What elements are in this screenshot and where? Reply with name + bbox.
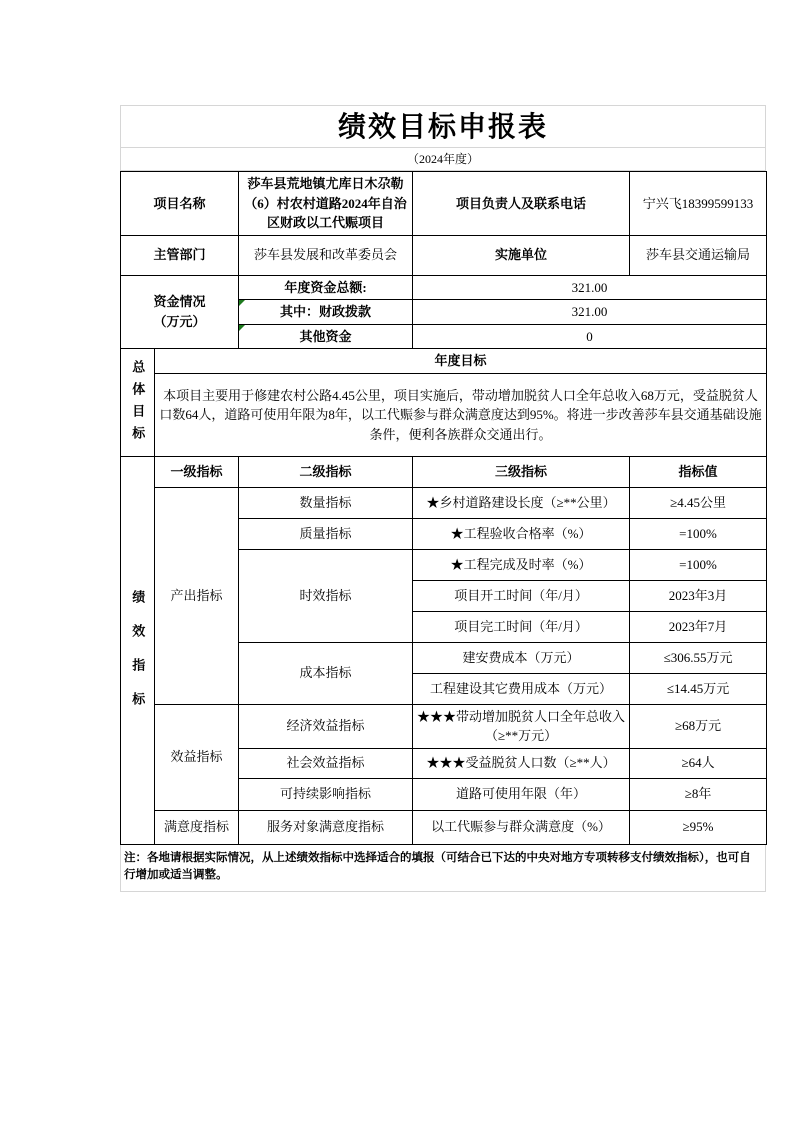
sub-cost-cell: 成本指标 [239, 642, 413, 704]
sub-social-cell: 社会效益指标 [239, 748, 413, 778]
indicator-value-cell: =100% [630, 549, 767, 580]
level2-header-cell: 二级指标 [239, 456, 413, 487]
table-row: 资金情况 （万元） 年度资金总额: 321.00 [121, 275, 767, 300]
dept-label-cell: 主管部门 [121, 235, 239, 275]
sub-quality-cell: 质量指标 [239, 518, 413, 549]
indicator-value-cell: =100% [630, 518, 767, 549]
group-output-cell: 产出指标 [155, 487, 239, 704]
indicator-value-cell: ≤14.45万元 [630, 673, 767, 704]
indicator-name-cell: 以工代赈参与群众满意度（%） [413, 810, 630, 844]
sub-sustain-cell: 可持续影响指标 [239, 778, 413, 810]
performance-side-label: 绩效指标 [128, 569, 148, 726]
indicator-value-cell: ≥4.45公里 [630, 487, 767, 518]
indicator-name-cell: 道路可使用年限（年） [413, 778, 630, 810]
page-title: 绩效目标申报表 [121, 106, 765, 149]
impl-label-cell: 实施单位 [413, 235, 630, 275]
sub-quantity-cell: 数量指标 [239, 487, 413, 518]
cell-comment-marker-icon [239, 300, 245, 306]
form-footnote: 注：各地请根据实际情况，从上述绩效指标中选择适合的填报（可结合已下达的中央对地方… [120, 845, 766, 893]
funding-fiscal-label-cell: 其中：财政拨款 [239, 300, 413, 325]
level1-header-cell: 一级指标 [155, 456, 239, 487]
indicator-value-cell: ≥8年 [630, 778, 767, 810]
table-row: 项目名称 莎车县荒地镇尤库日木尕勒（6）村农村道路2024年自治区财政以工代赈项… [121, 172, 767, 236]
contact-label-cell: 项目负责人及联系电话 [413, 172, 630, 236]
project-name-cell: 莎车县荒地镇尤库日木尕勒（6）村农村道路2024年自治区财政以工代赈项目 [239, 172, 413, 236]
impl-value-cell: 莎车县交通运输局 [630, 235, 767, 275]
indicator-name-cell: ★★★带动增加脱贫人口全年总收入（≥**万元） [413, 704, 630, 748]
table-row: 效益指标 经济效益指标 ★★★带动增加脱贫人口全年总收入（≥**万元） ≥68万… [121, 704, 767, 748]
funding-label-cell: 资金情况 （万元） [121, 275, 239, 349]
sub-time-cell: 时效指标 [239, 549, 413, 642]
form-subtitle: （2024年度） [120, 148, 766, 171]
indicator-name-cell: ★工程验收合格率（%） [413, 518, 630, 549]
level3-header-cell: 三级指标 [413, 456, 630, 487]
indicator-value-cell: 2023年3月 [630, 580, 767, 611]
indicator-name-cell: 项目完工时间（年/月） [413, 611, 630, 642]
funding-other-label: 其他资金 [300, 329, 352, 344]
table-row: 绩效指标 一级指标 二级指标 三级指标 指标值 [121, 456, 767, 487]
indicator-name-cell: 建安费成本（万元） [413, 642, 630, 673]
sub-service-cell: 服务对象满意度指标 [239, 810, 413, 844]
funding-fiscal-label: 其中：财政拨款 [280, 304, 371, 319]
form-title-box: 绩效目标申报表 [120, 105, 766, 148]
table-row: 本项目主要用于修建农村公路4.45公里，项目实施后，带动增加脱贫人口全年总收入6… [121, 374, 767, 456]
indicator-name-cell: ★乡村道路建设长度（≥**公里） [413, 487, 630, 518]
indicator-name-cell: 项目开工时间（年/月） [413, 580, 630, 611]
indicator-value-cell: ≥95% [630, 810, 767, 844]
table-row: 主管部门 莎车县发展和改革委员会 实施单位 莎车县交通运输局 [121, 235, 767, 275]
performance-target-table: 项目名称 莎车县荒地镇尤库日木尕勒（6）村农村道路2024年自治区财政以工代赈项… [120, 171, 767, 845]
performance-side-cell: 绩效指标 [121, 456, 155, 844]
overall-goal-side-label: 总体目标 [128, 351, 148, 448]
funding-fiscal-value-cell: 321.00 [413, 300, 767, 325]
overall-goal-side-cell: 总体目标 [121, 349, 155, 457]
group-benefit-cell: 效益指标 [155, 704, 239, 810]
indicator-value-cell: ≤306.55万元 [630, 642, 767, 673]
funding-total-label-cell: 年度资金总额: [239, 275, 413, 300]
funding-total-value-cell: 321.00 [413, 275, 767, 300]
sub-economic-cell: 经济效益指标 [239, 704, 413, 748]
contact-value-cell: 宁兴飞18399599133 [630, 172, 767, 236]
dept-value-cell: 莎车县发展和改革委员会 [239, 235, 413, 275]
table-row: 总体目标 年度目标 [121, 349, 767, 374]
project-name-label-cell: 项目名称 [121, 172, 239, 236]
value-header-cell: 指标值 [630, 456, 767, 487]
annual-goal-text-cell: 本项目主要用于修建农村公路4.45公里，项目实施后，带动增加脱贫人口全年总收入6… [155, 374, 767, 456]
annual-goal-header-cell: 年度目标 [155, 349, 767, 374]
table-row: 产出指标 数量指标 ★乡村道路建设长度（≥**公里） ≥4.45公里 [121, 487, 767, 518]
indicator-name-cell: ★工程完成及时率（%） [413, 549, 630, 580]
indicator-value-cell: ≥64人 [630, 748, 767, 778]
table-row: 满意度指标 服务对象满意度指标 以工代赈参与群众满意度（%） ≥95% [121, 810, 767, 844]
funding-other-value-cell: 0 [413, 324, 767, 349]
form-sheet: 绩效目标申报表 （2024年度） 项目名称 莎车县荒地镇尤库日木尕勒（6）村农村… [120, 105, 766, 892]
indicator-name-cell: 工程建设其它费用成本（万元） [413, 673, 630, 704]
indicator-value-cell: 2023年7月 [630, 611, 767, 642]
group-satisfaction-cell: 满意度指标 [155, 810, 239, 844]
indicator-name-cell: ★★★受益脱贫人口数（≥**人） [413, 748, 630, 778]
indicator-value-cell: ≥68万元 [630, 704, 767, 748]
cell-comment-marker-icon [239, 325, 245, 331]
funding-other-label-cell: 其他资金 [239, 324, 413, 349]
